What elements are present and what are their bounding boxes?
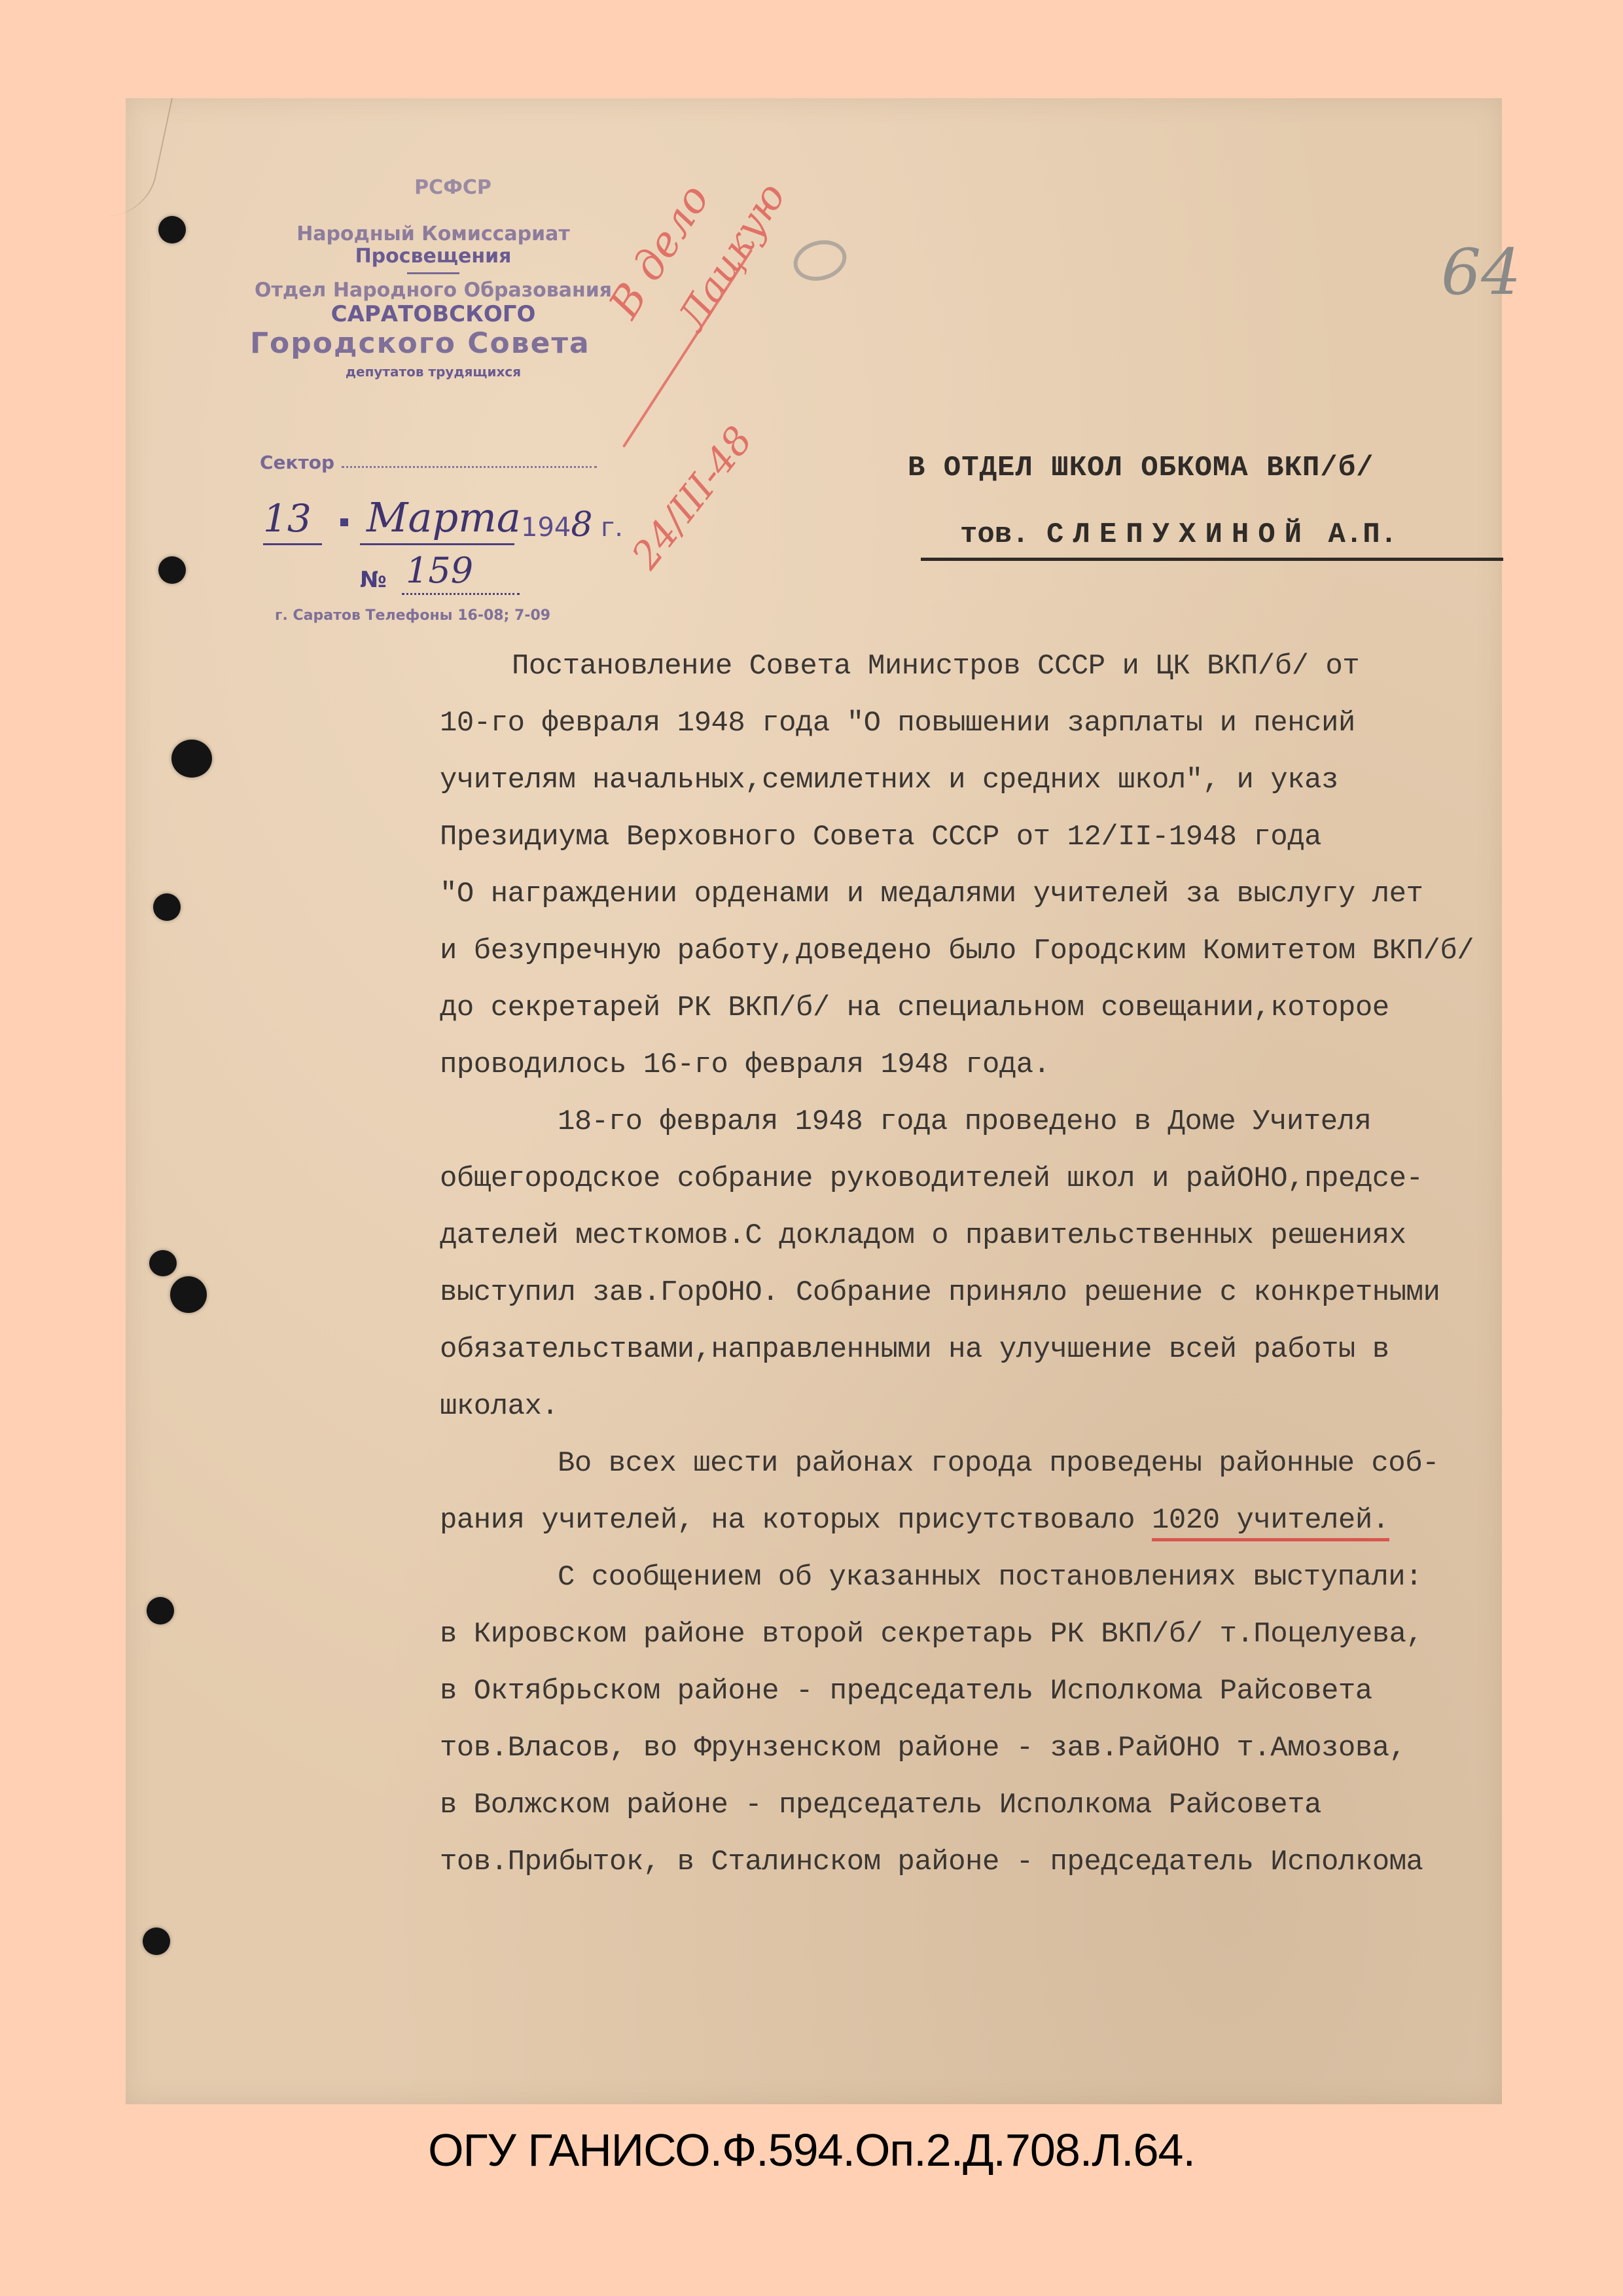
date-year-unit: г. — [601, 512, 623, 543]
stamp-sector-label: Сектор — [260, 452, 334, 473]
date-day-line — [263, 543, 322, 545]
addressee-surname: СЛЕПУХИНОЙ — [1046, 518, 1311, 551]
stamp-address-phones: г. Саратов Телефоны 16-08; 7-09 — [275, 607, 550, 624]
stamp-divider — [407, 272, 459, 274]
date-year: 1948 г. — [521, 505, 623, 545]
stamp-commissariat: Народный Комиссариат — [250, 223, 616, 246]
stamp-department: Отдел Народного Образования — [250, 279, 616, 302]
body-line-with-highlight: рания учителей, на которых присутствовал… — [440, 1492, 1487, 1549]
body-line: Президиума Верховного Совета СССР от 12/… — [440, 809, 1487, 866]
red-underlined-phrase: 1020 учителей. — [1152, 1504, 1389, 1541]
addressee-block: В ОТДЕЛ ШКОЛ ОБКОМА ВКП/б/ тов. СЛЕПУХИН… — [908, 452, 1523, 561]
body-line: общегородское собрание руководителей шко… — [440, 1151, 1487, 1208]
binding-hole — [158, 556, 186, 584]
stamp-council: Городского Совета — [250, 327, 616, 361]
body-line: в Кировском районе второй секретарь РК В… — [440, 1606, 1487, 1663]
body-line: в Октябрьском районе - председатель Испо… — [440, 1663, 1487, 1720]
date-month: Марта — [366, 493, 521, 541]
body-line: 10-го февраля 1948 года "О повышении зар… — [440, 695, 1487, 752]
binding-hole — [170, 1276, 207, 1313]
body-line: проводилось 16-го февраля 1948 года. — [440, 1037, 1487, 1094]
binding-hole — [158, 216, 186, 243]
date-year-suffix: 8 — [571, 505, 592, 545]
addressee-prefix: тов. — [960, 518, 1029, 551]
date-year-prefix: 194 — [521, 512, 571, 543]
body-line: тов.Власов, во Фрунзенском районе - зав.… — [440, 1720, 1487, 1777]
body-line: в Волжском районе - председатель Исполко… — [440, 1777, 1487, 1834]
number-value: 159 — [406, 550, 473, 591]
pencil-mark — [789, 234, 851, 286]
stamp-republic: РСФСР — [289, 177, 616, 200]
date-day: 13 — [263, 496, 312, 541]
stamp-outgoing-number: № 159 — [360, 550, 517, 602]
binding-hole — [149, 1250, 177, 1276]
binding-hole — [143, 1928, 170, 1955]
body-line: рания учителей, на которых присутствовал… — [440, 1504, 1152, 1537]
archive-reference-caption: ОГУ ГАНИСО.Ф.594.Оп.2.Д.708.Л.64. — [0, 2124, 1623, 2176]
addressee-department: В ОТДЕЛ ШКОЛ ОБКОМА ВКП/б/ — [908, 452, 1523, 484]
body-line: и безупречную работу,доведено было Город… — [440, 923, 1487, 980]
stamp-date: 13 Марта 1948 г. — [263, 491, 630, 550]
body-line: школах. — [440, 1378, 1487, 1435]
number-line — [402, 593, 520, 595]
body-line: дателей месткомов.С докладом о правитель… — [440, 1208, 1487, 1265]
stamp-deputies: депутатов трудящихся — [250, 365, 616, 380]
stamp-city: САРАТОВСКОГО — [250, 302, 616, 327]
binding-hole — [153, 893, 181, 921]
body-line: Во всех шести районах города проведены р… — [440, 1435, 1487, 1492]
body-line: 18-го февраля 1948 года проведено в Доме… — [440, 1094, 1487, 1151]
date-separator — [340, 518, 348, 526]
sector-blank-line — [342, 466, 597, 468]
institution-stamp: РСФСР Народный Комиссариат Просвещения О… — [250, 177, 616, 380]
addressee-initials: А.П. — [1328, 518, 1397, 551]
resolution-date: 24/III-48 — [623, 418, 761, 577]
body-line: до секретарей РК ВКП/б/ на специальном с… — [440, 980, 1487, 1037]
addressee-name-line: тов. СЛЕПУХИНОЙ А.П. — [921, 518, 1503, 561]
body-line: "О награждении орденами и медалями учите… — [440, 866, 1487, 923]
stamp-commissariat-2: Просвещения — [250, 245, 616, 268]
body-line: выступил зав.ГорОНО. Собрание приняло ре… — [440, 1265, 1487, 1321]
body-line: С сообщением об указанных постановлениях… — [440, 1549, 1487, 1606]
body-line: обязательствами,направленными на улучшен… — [440, 1321, 1487, 1378]
body-line: учителям начальных,семилетних и средних … — [440, 752, 1487, 809]
body-line: Постановление Совета Министров СССР и ЦК… — [440, 638, 1487, 695]
number-label: № — [360, 567, 387, 593]
binding-hole — [147, 1597, 174, 1624]
binding-hole — [171, 740, 212, 778]
date-month-line — [360, 543, 514, 545]
folio-number: 64 — [1441, 236, 1521, 309]
body-line: тов.Прибыток, в Сталинском районе - пред… — [440, 1834, 1487, 1891]
document-body: Постановление Совета Министров СССР и ЦК… — [440, 638, 1487, 1891]
paper-tear — [101, 98, 173, 216]
